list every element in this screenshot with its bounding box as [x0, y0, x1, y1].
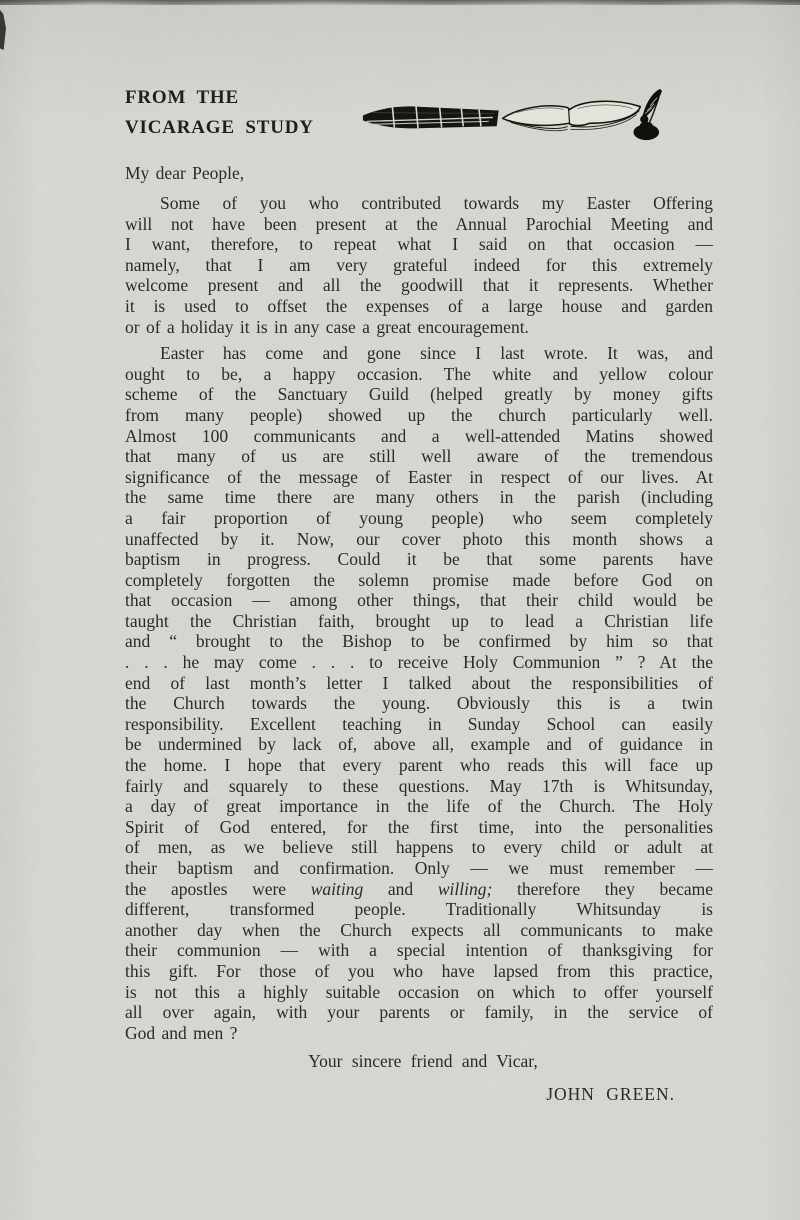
- letter-body: Some of you who contributed towards my E…: [125, 193, 713, 1043]
- paragraph: Easter has come and gone since I last wr…: [125, 343, 713, 1043]
- text-line: unaffected by it. Now, our cover photo t…: [125, 529, 713, 550]
- signature: JOHN GREEN.: [125, 1084, 713, 1105]
- text-line: their communion — with a special intenti…: [125, 940, 713, 961]
- text-line: Spirit of God entered, for the first tim…: [125, 817, 713, 838]
- open-book-icon: [503, 101, 641, 130]
- text-line: that occasion — among other things, that…: [125, 590, 713, 611]
- text-line: another day when the Church expects all …: [125, 920, 713, 941]
- text-line: fairly and squarely to these questions. …: [125, 776, 713, 797]
- text-line: of men, as we believe still happens to e…: [125, 837, 713, 858]
- text-line: is not this a highly suitable occasion o…: [125, 982, 713, 1003]
- text-line: that many of us are still well aware of …: [125, 446, 713, 467]
- closing-line: Your sincere friend and Vicar,: [125, 1051, 713, 1072]
- text-line: from many people) showed up the church p…: [125, 405, 713, 426]
- section-title-line-2: VICARAGE STUDY: [125, 113, 358, 143]
- text-line: the Church towards the young. Obviously …: [125, 693, 713, 714]
- text-line: the same time there are many others in t…: [125, 487, 713, 508]
- text-line: all over again, with your parents or fam…: [125, 1002, 713, 1023]
- page-content: FROM THE VICARAGE STUDY: [0, 0, 800, 1105]
- text-line: taught the Christian faith, brought up t…: [125, 611, 713, 632]
- text-line: . . . he may come . . . to receive Holy …: [125, 652, 713, 673]
- text-line: I want, therefore, to repeat what I said…: [125, 234, 713, 255]
- salutation: My dear People,: [125, 163, 713, 184]
- text-line: significance of the message of Easter in…: [125, 467, 713, 488]
- text-line: namely, that I am very grateful indeed f…: [125, 255, 713, 276]
- text-line: baptism in progress. Could it be that so…: [125, 549, 713, 570]
- scanned-magazine-page: FROM THE VICARAGE STUDY: [0, 0, 800, 1220]
- text-line: responsibility. Excellent teaching in Su…: [125, 714, 713, 735]
- text-line: Some of you who contributed towards my E…: [125, 193, 713, 214]
- text-line: scheme of the Sanctuary Guild (helped gr…: [125, 384, 713, 405]
- text-line: different, transformed people. Tradition…: [125, 899, 713, 920]
- text-line: it is used to offset the expenses of a l…: [125, 296, 713, 317]
- paragraph: Some of you who contributed towards my E…: [125, 193, 713, 337]
- inkwell-quill-icon: [633, 89, 662, 140]
- text-line: end of last month’s letter I talked abou…: [125, 673, 713, 694]
- section-title: FROM THE VICARAGE STUDY: [125, 83, 358, 143]
- text-line: a fair proportion of young people) who s…: [125, 508, 713, 529]
- text-line: welcome present and all the goodwill tha…: [125, 275, 713, 296]
- scan-edge-artifact: [0, 0, 800, 5]
- section-title-line-1: FROM THE: [125, 83, 358, 113]
- books-icon: [363, 106, 499, 128]
- text-line: completely forgotten the solemn promise …: [125, 570, 713, 591]
- text-line: their baptism and confirmation. Only — w…: [125, 858, 713, 879]
- header-block: FROM THE VICARAGE STUDY: [125, 83, 713, 144]
- text-line: be undermined by lack of, above all, exa…: [125, 734, 713, 755]
- text-line: or of a holiday it is in any case a grea…: [125, 317, 713, 338]
- text-line: ought to be, a happy occasion. The white…: [125, 364, 713, 385]
- text-line: God and men ?: [125, 1023, 713, 1044]
- text-line: Easter has come and gone since I last wr…: [125, 343, 713, 364]
- text-line: the home. I hope that every parent who r…: [125, 755, 713, 776]
- text-line: the apostles were waiting and willing; t…: [125, 879, 713, 900]
- text-line: and “ brought to the Bishop to be confir…: [125, 631, 713, 652]
- text-line: will not have been present at the Annual…: [125, 214, 713, 235]
- text-line: Almost 100 communicants and a well-atten…: [125, 426, 713, 447]
- text-line: this gift. For those of you who have lap…: [125, 961, 713, 982]
- text-line: a day of great importance in the life of…: [125, 796, 713, 817]
- books-inkwell-illustration: [358, 83, 663, 144]
